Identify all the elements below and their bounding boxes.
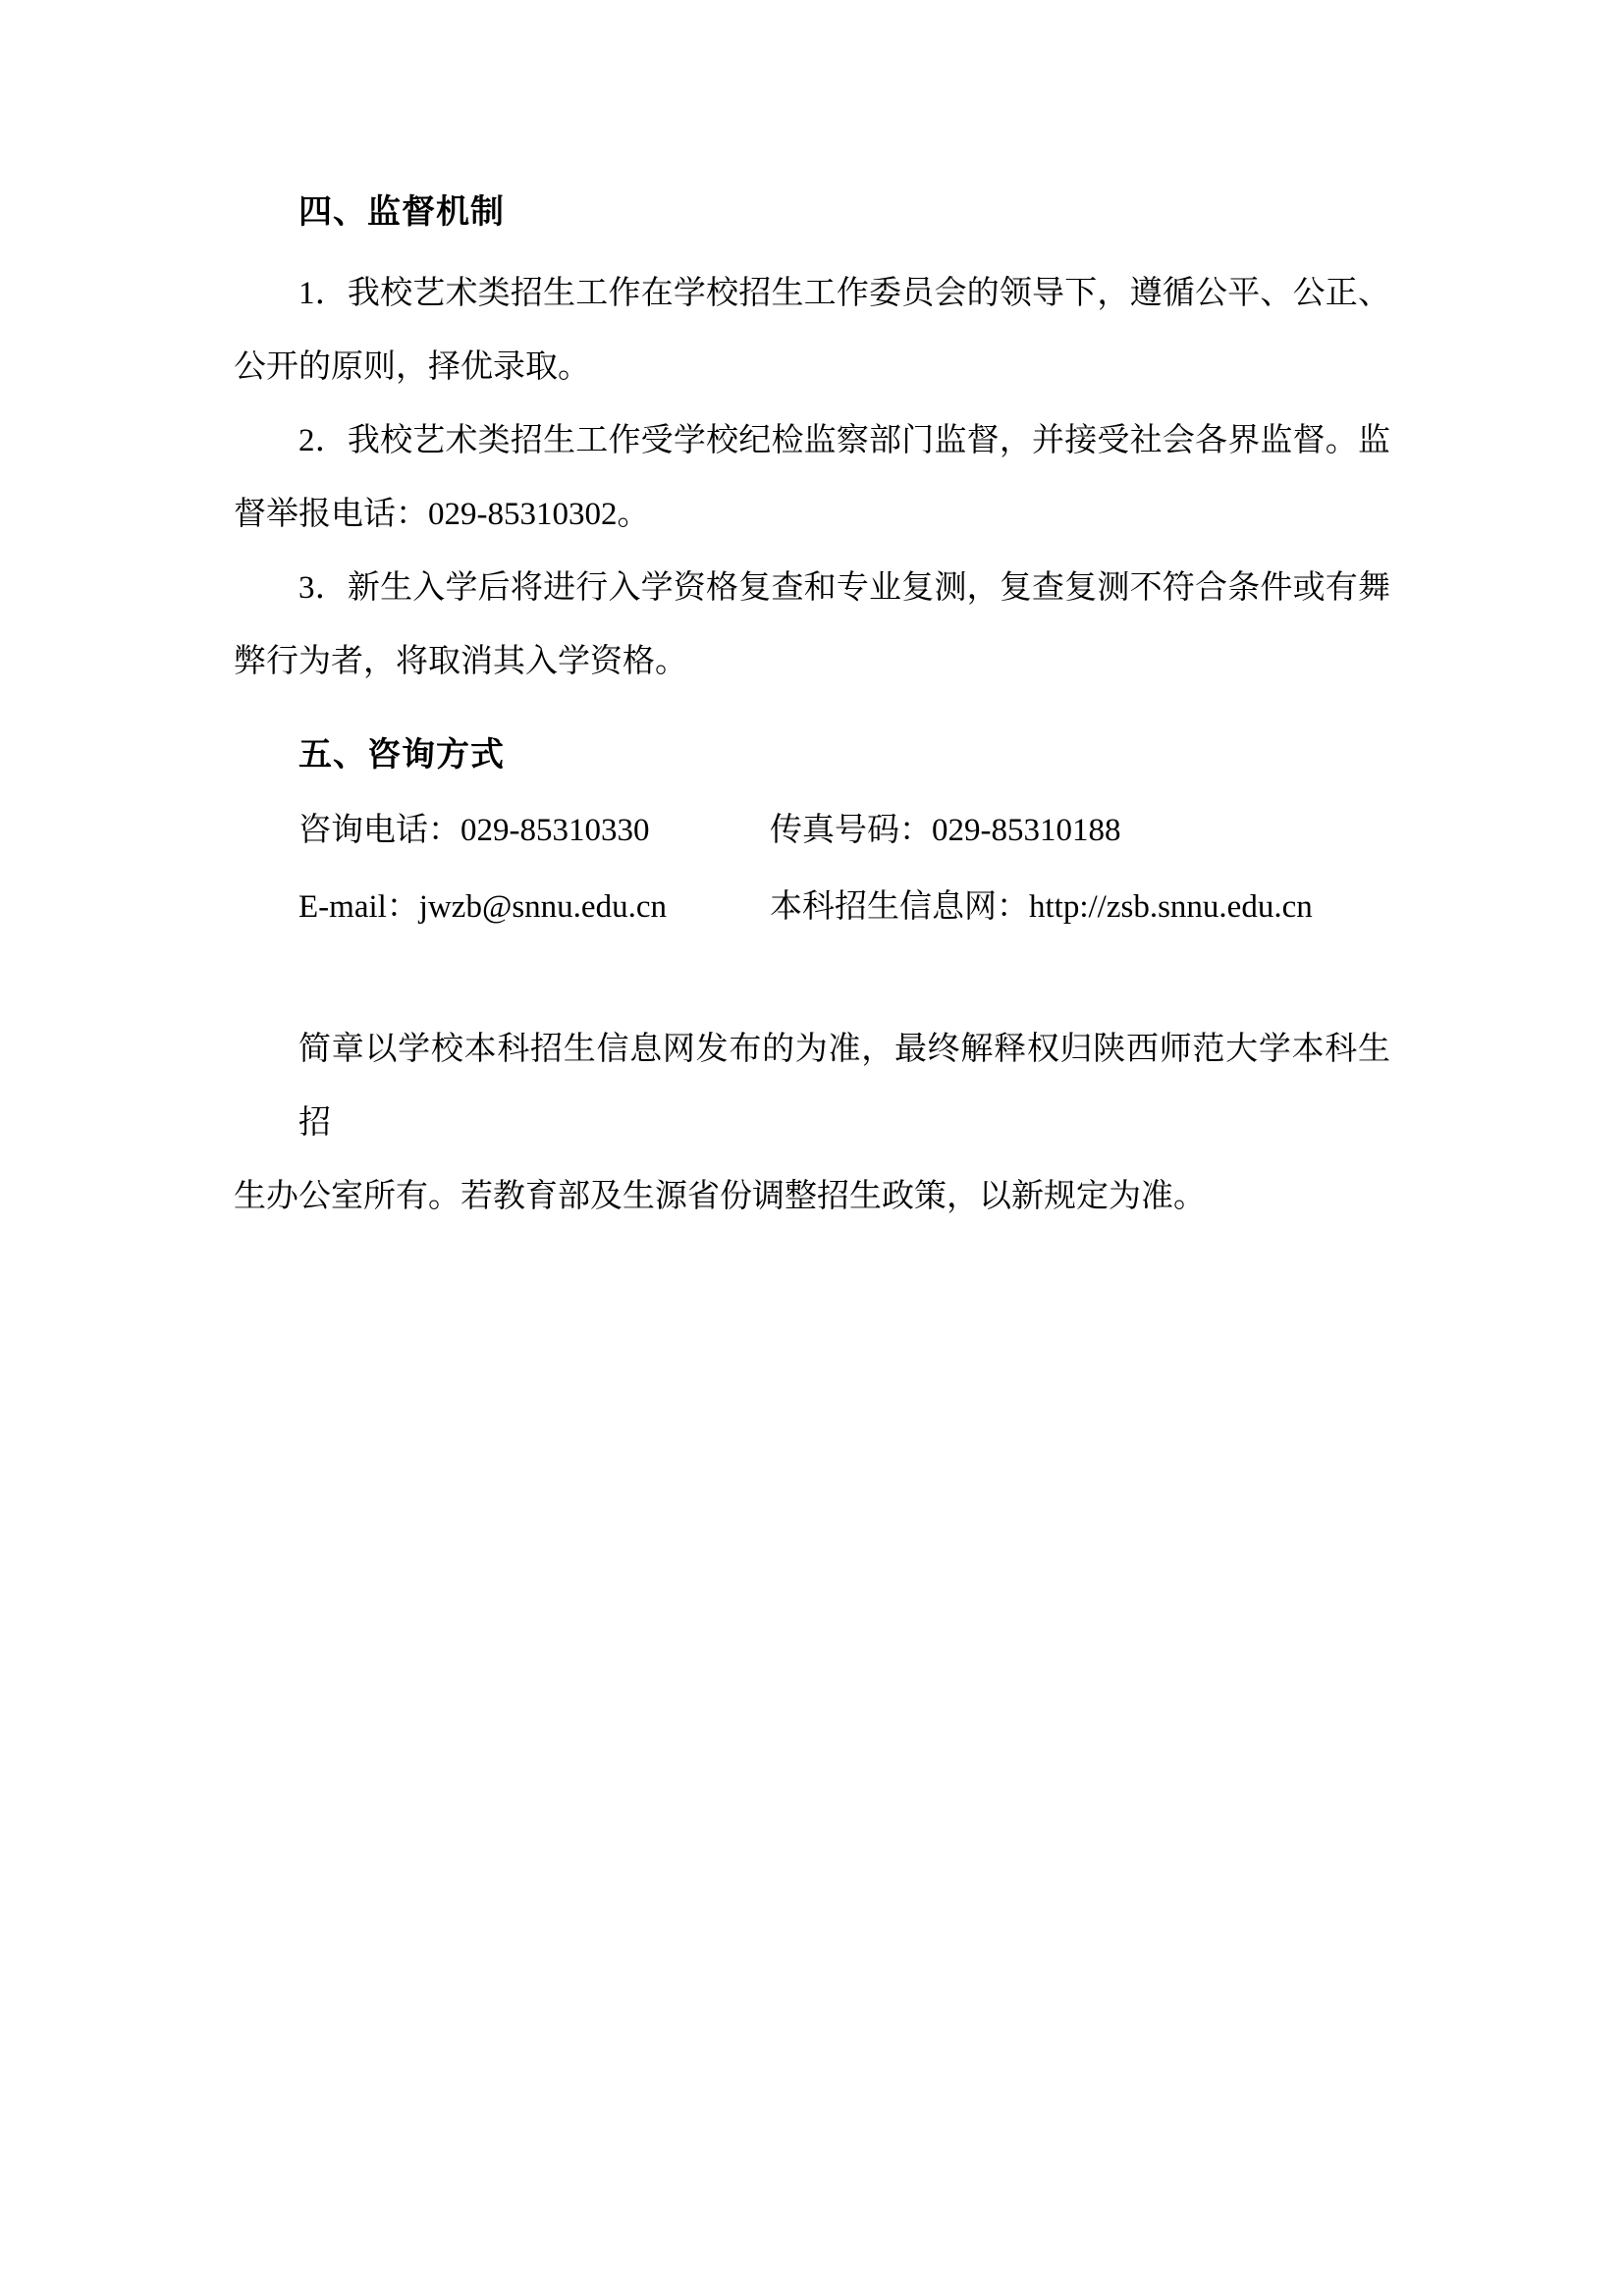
contact-fax: 传真号码：029-85310188 — [770, 792, 1121, 869]
paragraph-2-line-1: 2．我校艺术类招生工作受学校纪检监察部门监督，并接受社会各界监督。监 — [234, 404, 1390, 478]
supervision-paragraph-1: 1．我校艺术类招生工作在学校招生工作委员会的领导下，遵循公平、公正、 公开的原则… — [234, 257, 1390, 404]
closing-paragraph-line-1: 简章以学校本科招生信息网发布的为准，最终解释权归陕西师范大学本科生招 — [234, 1013, 1390, 1160]
paragraph-3-line-2: 弊行为者，将取消其入学资格。 — [234, 625, 1390, 699]
supervision-paragraph-3: 3．新生入学后将进行入学资格复查和专业复测，复查复测不符合条件或有舞 弊行为者，… — [234, 552, 1390, 699]
paragraph-1-line-2: 公开的原则，择优录取。 — [234, 331, 1390, 404]
paragraph-2-line-2: 督举报电话：029-85310302。 — [234, 478, 1390, 552]
contact-website: 本科招生信息网：http://zsb.snnu.edu.cn — [770, 869, 1313, 945]
closing-paragraph-line-2: 生办公室所有。若教育部及生源省份调整招生政策，以新规定为准。 — [234, 1160, 1390, 1234]
closing-paragraph: 简章以学校本科招生信息网发布的为准，最终解释权归陕西师范大学本科生招 生办公室所… — [234, 1013, 1390, 1234]
document-page: 四、监督机制 1．我校艺术类招生工作在学校招生工作委员会的领导下，遵循公平、公正… — [0, 0, 1624, 2296]
contact-row-phone-fax: 咨询电话：029-85310330 传真号码：029-85310188 — [298, 792, 1390, 869]
contact-phone: 咨询电话：029-85310330 — [298, 792, 770, 869]
supervision-paragraph-2: 2．我校艺术类招生工作受学校纪检监察部门监督，并接受社会各界监督。监 督举报电话… — [234, 404, 1390, 552]
section-5-heading: 五、咨询方式 — [234, 721, 1390, 790]
paragraph-3-line-1: 3．新生入学后将进行入学资格复查和专业复测，复查复测不符合条件或有舞 — [234, 552, 1390, 625]
contact-row-email-website: E-mail：jwzb@snnu.edu.cn 本科招生信息网：http://z… — [298, 869, 1390, 945]
contact-email: E-mail：jwzb@snnu.edu.cn — [298, 869, 770, 945]
paragraph-1-line-1: 1．我校艺术类招生工作在学校招生工作委员会的领导下，遵循公平、公正、 — [234, 257, 1390, 331]
section-4-heading: 四、监督机制 — [234, 179, 1390, 247]
document-content: 四、监督机制 1．我校艺术类招生工作在学校招生工作委员会的领导下，遵循公平、公正… — [0, 0, 1624, 1234]
